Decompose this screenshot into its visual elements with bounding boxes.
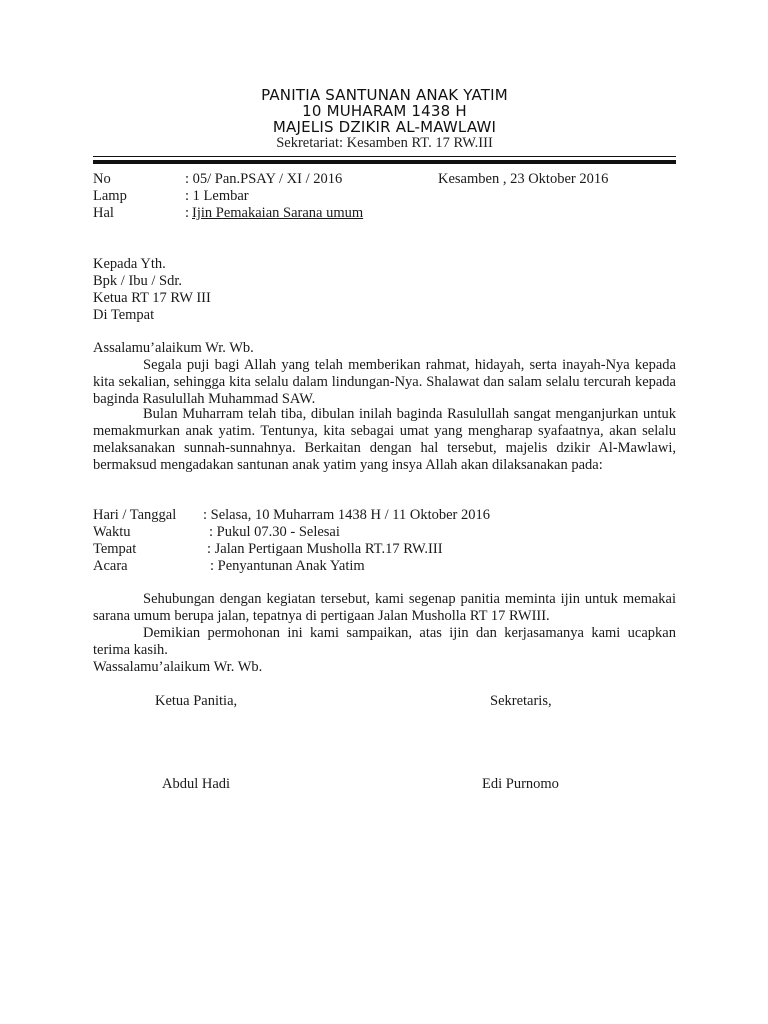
meta-subject-label: Hal	[93, 205, 114, 222]
meta-attachment-row: Lamp : 1 Lembar	[93, 188, 433, 205]
recipient-line-4: Di Tempat	[93, 307, 154, 324]
event-value-place: : Jalan Pertigaan Musholla RT.17 RW.III	[207, 541, 443, 558]
event-value-agenda: : Penyantunan Anak Yatim	[210, 558, 365, 575]
paragraph-1: Segala puji bagi Allah yang telah member…	[93, 357, 676, 408]
paragraph-4: Demikian permohonan ini kami sampaikan, …	[93, 625, 676, 659]
letterhead-divider-thin	[93, 156, 676, 157]
letterhead-secretariat: Sekretariat: Kesamben RT. 17 RW.III	[93, 135, 676, 151]
meta-subject-value: Ijin Pemakaian Sarana umum	[192, 205, 363, 222]
meta-number-value: : 05/ Pan.PSAY / XI / 2016	[185, 171, 342, 188]
event-label-place: Tempat	[93, 541, 136, 558]
event-row-date: Hari / Tanggal : Selasa, 10 Muharram 143…	[93, 507, 613, 524]
event-value-time: : Pukul 07.30 - Selesai	[209, 524, 340, 541]
meta-number-label: No	[93, 171, 111, 188]
event-label-time: Waktu	[93, 524, 131, 541]
closing: Wassalamu’alaikum Wr. Wb.	[93, 659, 262, 676]
meta-attachment-value: : 1 Lembar	[185, 188, 249, 205]
event-row-place: Tempat : Jalan Pertigaan Musholla RT.17 …	[93, 541, 613, 558]
letterhead-divider-thick	[93, 160, 676, 164]
letterhead: PANITIA SANTUNAN ANAK YATIM 10 MUHARAM 1…	[93, 87, 676, 151]
paragraph-3: Sehubungan dengan kegiatan tersebut, kam…	[93, 591, 676, 625]
meta-attachment-label: Lamp	[93, 188, 127, 205]
recipient-line-1: Kepada Yth.	[93, 256, 166, 273]
place-date: Kesamben , 23 Oktober 2016	[438, 171, 608, 188]
paragraph-2: Bulan Muharram telah tiba, dibulan inila…	[93, 406, 676, 474]
signature-left-title: Ketua Panitia,	[155, 693, 237, 710]
meta-number-row: No : 05/ Pan.PSAY / XI / 2016	[93, 171, 433, 188]
letterhead-title: PANITIA SANTUNAN ANAK YATIM	[93, 87, 676, 103]
meta-subject-colon: :	[185, 205, 189, 222]
letterhead-date: 10 MUHARAM 1438 H	[93, 103, 676, 119]
event-value-date: : Selasa, 10 Muharram 1438 H / 11 Oktobe…	[203, 507, 490, 524]
meta-subject-row: Hal : Ijin Pemakaian Sarana umum	[93, 205, 433, 222]
event-row-time: Waktu : Pukul 07.30 - Selesai	[93, 524, 613, 541]
signature-right-name: Edi Purnomo	[482, 776, 559, 793]
event-row-agenda: Acara : Penyantunan Anak Yatim	[93, 558, 613, 575]
signature-right-title: Sekretaris,	[490, 693, 552, 710]
signature-left-name: Abdul Hadi	[162, 776, 230, 793]
recipient-line-3: Ketua RT 17 RW III	[93, 290, 211, 307]
letter-page: PANITIA SANTUNAN ANAK YATIM 10 MUHARAM 1…	[0, 0, 768, 1024]
event-label-date: Hari / Tanggal	[93, 507, 176, 524]
event-label-agenda: Acara	[93, 558, 128, 575]
greeting: Assalamu’alaikum Wr. Wb.	[93, 340, 254, 357]
letterhead-organization: MAJELIS DZIKIR AL-MAWLAWI	[93, 119, 676, 135]
recipient-line-2: Bpk / Ibu / Sdr.	[93, 273, 182, 290]
